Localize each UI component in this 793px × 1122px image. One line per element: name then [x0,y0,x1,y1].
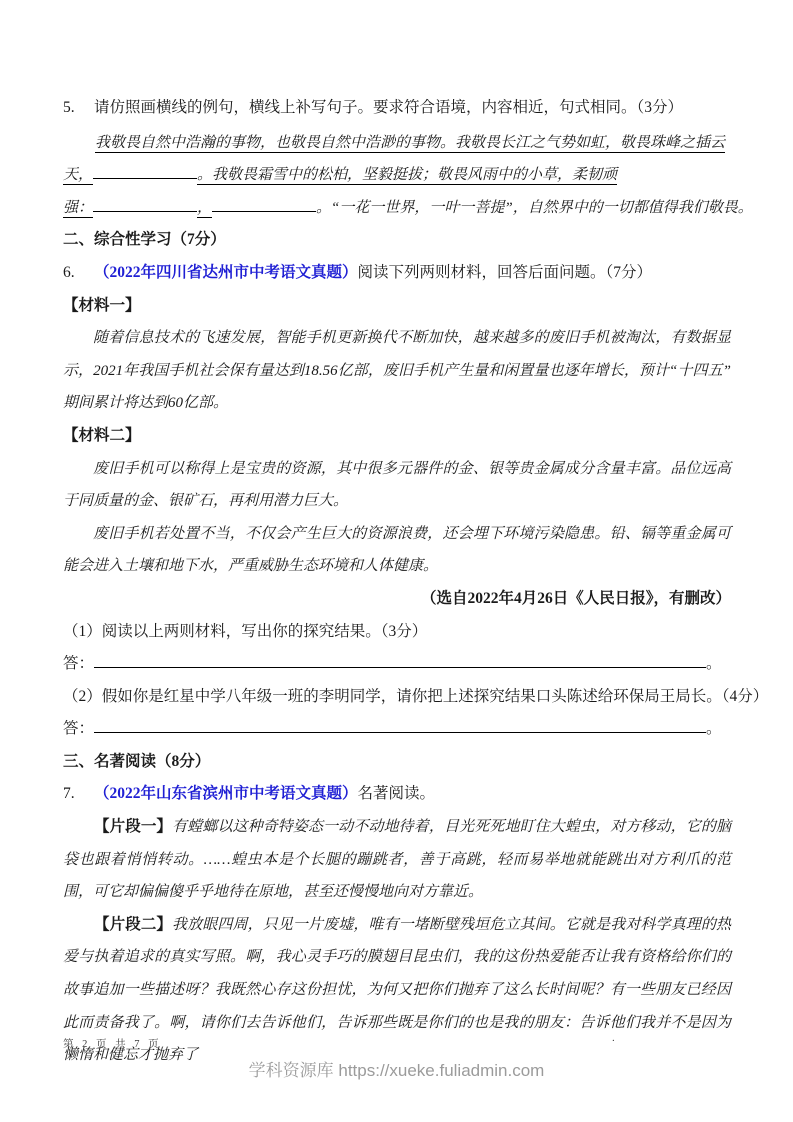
q5-blank-2 [93,195,197,212]
question-7-source-tag: （2022年山东省滨州市中考语文真题） [94,785,358,802]
question-5-prompt-line: 5.请仿照画横线的例句，横线上补写句子。要求符合语境，内容相近，句式相同。（3分… [63,92,731,125]
q5-line2-suffix: 。我敬畏霜雪中的松柏，坚毅挺拔；敬畏风雨中的小草，柔韧顽 [197,167,617,185]
material-source-line: （选自2022年4月26日《人民日报》，有删改） [63,583,731,616]
question-7-number: 7. [63,778,94,811]
answer-label-1: 答： [63,655,94,672]
q5-line3-tail: “一花一世界，一叶一菩提”，自然界中的一切都值得我们敬畏。 [331,200,753,216]
answer-end-punct-1: 。 [706,655,722,672]
q5-line3-period: 。 [316,200,331,216]
q5-example-line2: 天，。我敬畏霜雪中的松柏，坚毅挺拔；敬畏风雨中的小草，柔韧顽 [63,159,731,192]
q6-answer-line-1: 答：。 [63,648,731,681]
question-6-prompt-line: 6.（2022年四川省达州市中考语文真题）阅读下列两则材料，回答后面问题。（7分… [63,257,731,290]
question-5-prompt: 请仿照画横线的例句，横线上补写句子。要求符合语境，内容相近，句式相同。（3分） [94,99,683,116]
q5-blank-1 [93,162,197,179]
q5-line3-prefix: 强： [63,200,93,218]
question-6-source-tag: （2022年四川省达州市中考语文真题） [94,264,358,281]
section-2-heading: 二、综合性学习（7分） [63,224,731,257]
material-2-para2: 废旧手机若处置不当，不仅会产生巨大的资源浪费，还会埋下环境污染隐患。铅、镉等重金… [63,518,731,583]
answer-end-punct-2: 。 [706,720,722,737]
q5-line3-comma: ， [197,200,212,218]
q6-answer-line-2: 答：。 [63,713,731,746]
material-2-para1: 废旧手机可以称得上是宝贵的资源，其中很多元器件的金、银等贵金属成分含量丰富。品位… [63,453,731,518]
fragment-1-label: 【片段一】 [94,818,172,835]
q5-line2-prefix: 天， [63,167,93,185]
question-6-number: 6. [63,257,94,290]
q6-sub-question-2: （2）假如你是红星中学八年级一班的李明同学，请你把上述探究结果口头陈述给环保局王… [63,681,731,714]
material-1-text: 随着信息技术的飞速发展，智能手机更新换代不断加快，越来越多的废旧手机被淘汰，有数… [63,322,731,420]
question-7-prompt-line: 7.（2022年山东省滨州市中考语文真题）名著阅读。 [63,778,731,811]
section-3-heading: 三、名著阅读（8分） [63,746,731,779]
q5-blank-3 [212,195,316,212]
fragment-2-paragraph: 【片段二】我放眼四周，只见一片废墟，唯有一堵断壁残垣危立其间。它就是我对科学真理… [63,909,731,1072]
question-6-prompt: 阅读下列两则材料，回答后面问题。（7分） [358,264,653,281]
material-2-label: 【材料二】 [63,420,731,453]
fragment-2-text: 我放眼四周，只见一片废墟，唯有一堵断壁残垣危立其间。它就是我对科学真理的热爱与执… [63,917,731,1063]
fragment-2-label: 【片段二】 [94,916,172,933]
exam-paper-page: 5.请仿照画横线的例句，横线上补写句子。要求符合语境，内容相近，句式相同。（3分… [0,0,793,1122]
q6-answer-blank-2 [94,716,706,733]
question-5-number: 5. [63,92,94,125]
q5-example-line1: 我敬畏自然中浩瀚的事物，也敬畏自然中浩渺的事物。我敬畏长江之气势如虹，敬畏珠峰之… [95,127,731,160]
q6-sub-question-1: （1）阅读以上两则材料，写出你的探究结果。（3分） [63,616,731,649]
page-number-indicator: 第 2 页 共 7 页 [63,1036,162,1051]
q5-example-line3: 强：，。“一花一世界，一叶一菩提”，自然界中的一切都值得我们敬畏。 [63,192,731,225]
page-content: 5.请仿照画横线的例句，横线上补写句子。要求符合语境，内容相近，句式相同。（3分… [63,92,731,1072]
question-7-prompt: 名著阅读。 [358,785,436,802]
watermark-site-url: 学科资源库 https://xueke.fuliadmin.com [0,1056,793,1081]
answer-label-2: 答： [63,720,94,737]
fragment-1-paragraph: 【片段一】有螳螂以这种奇特姿态一动不动地待着，目光死死地盯住大蝗虫，对方移动，它… [63,811,731,909]
stray-period-mark: . [612,1032,615,1044]
q6-answer-blank-1 [94,651,706,668]
material-1-label: 【材料一】 [63,290,731,323]
